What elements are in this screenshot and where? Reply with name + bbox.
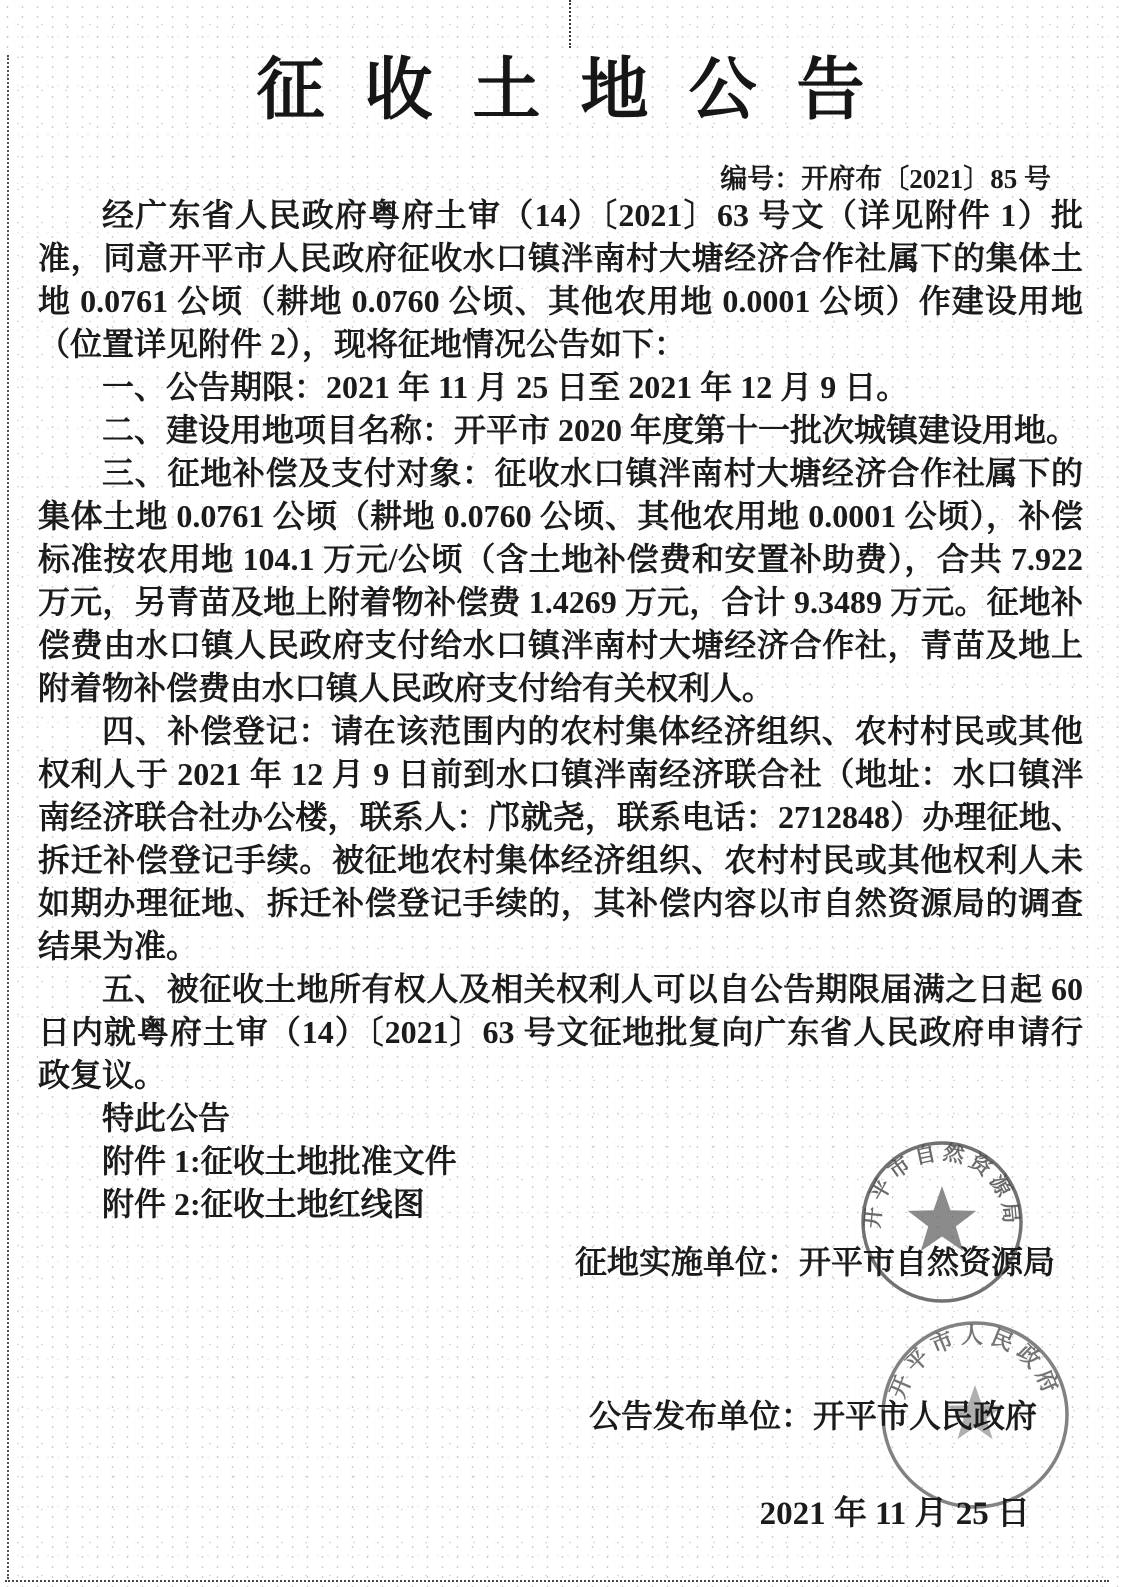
paragraph-intro: 经广东省人民政府粤府土审（14）〔2021〕63 号文（详见附件 1）批准，同意… (38, 194, 1083, 366)
announcement-page: 征收土地公告 编号：开府布〔2021〕85 号 经广东省人民政府粤府土审（14）… (0, 0, 1121, 1587)
scan-edge-left (7, 55, 9, 1579)
doc-number: 编号：开府布〔2021〕85 号 (720, 157, 1051, 196)
attachment-1: 附件 1:征收土地批准文件 (38, 1140, 1083, 1183)
implement-unit-line: 征地实施单位：开平市自然资源局 (575, 1237, 1055, 1283)
scan-edge-bottom (5, 1580, 1109, 1582)
attachment-2: 附件 2:征收土地红线图 (38, 1183, 1083, 1226)
svg-text:开平市人民政府: 开平市人民政府 (885, 1323, 1065, 1402)
paragraph-item-4: 四、补偿登记：请在该范围内的农村集体经济组织、农村村民或其他权利人于 2021 … (38, 710, 1083, 968)
paragraph-item-3: 三、征地补偿及支付对象：征收水口镇泮南村大塘经济合作社属下的集体土地 0.076… (38, 452, 1083, 710)
paragraph-item-5: 五、被征收土地所有权人及相关权利人可以自公告期限届满之日起 60 日内就粤府土审… (38, 968, 1083, 1097)
paragraph-item-1: 一、公告期限：2021 年 11 月 25 日至 2021 年 12 月 9 日… (38, 366, 1083, 409)
paragraph-item-2: 二、建设用地项目名称：开平市 2020 年度第十一批次城镇建设用地。 (38, 409, 1083, 452)
issue-date: 2021 年 11 月 25 日 (760, 1487, 1030, 1534)
seal-ring-text: 开平市人民政府 (885, 1323, 1065, 1402)
page-title: 征收土地公告 (0, 36, 1121, 133)
announcement-body: 经广东省人民政府粤府土审（14）〔2021〕63 号文（详见附件 1）批准，同意… (38, 194, 1083, 1226)
closing-line: 特此公告 (38, 1097, 1083, 1140)
issue-unit-line: 公告发布单位：开平市人民政府 (589, 1391, 1037, 1437)
